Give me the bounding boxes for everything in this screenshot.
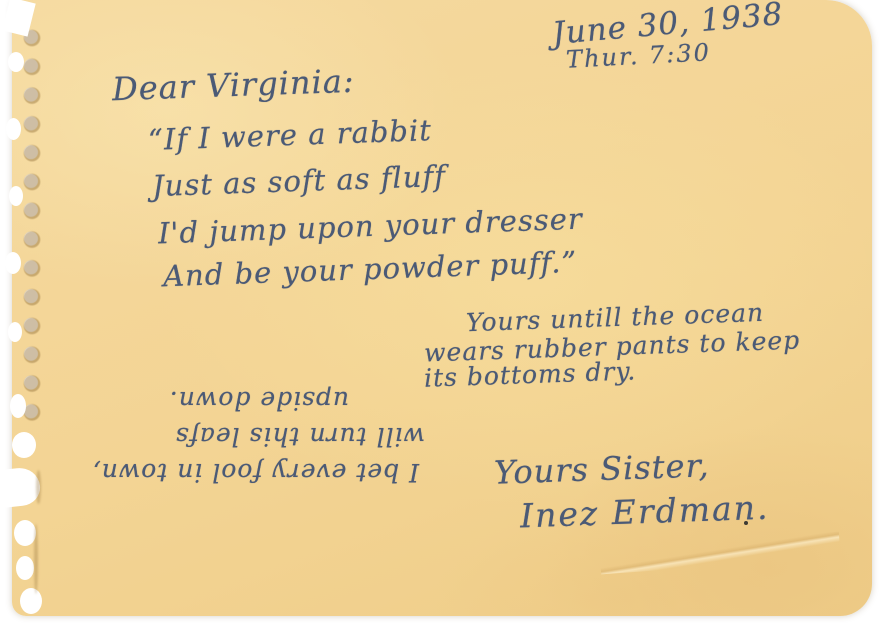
torn-edge [8, 52, 24, 72]
upside-down-line: will turn this leafs [55, 418, 425, 454]
torn-edge [16, 556, 34, 580]
torn-edge [14, 520, 36, 546]
torn-edge-shadow [34, 524, 38, 594]
signoff: Yours Sister, [493, 446, 710, 491]
scanned-autograph-page: June 30, 1938 Thur. 7:30 Dear Virginia: … [0, 0, 884, 623]
torn-edge [9, 186, 23, 206]
torn-edge [10, 394, 26, 418]
torn-edge [8, 322, 22, 342]
upside-down-line: upside down. [55, 382, 349, 418]
torn-edge [6, 118, 21, 140]
torn-edge [12, 432, 36, 458]
torn-edge [20, 588, 42, 614]
ink-speck [744, 521, 748, 525]
binding-holes [20, 22, 48, 426]
upside-down-line: I bet every fool in town, [55, 454, 419, 490]
torn-edge [5, 252, 21, 274]
upside-down-verse: I bet every fool in town, will turn this… [55, 378, 427, 490]
torn-edge-shadow [36, 470, 41, 504]
